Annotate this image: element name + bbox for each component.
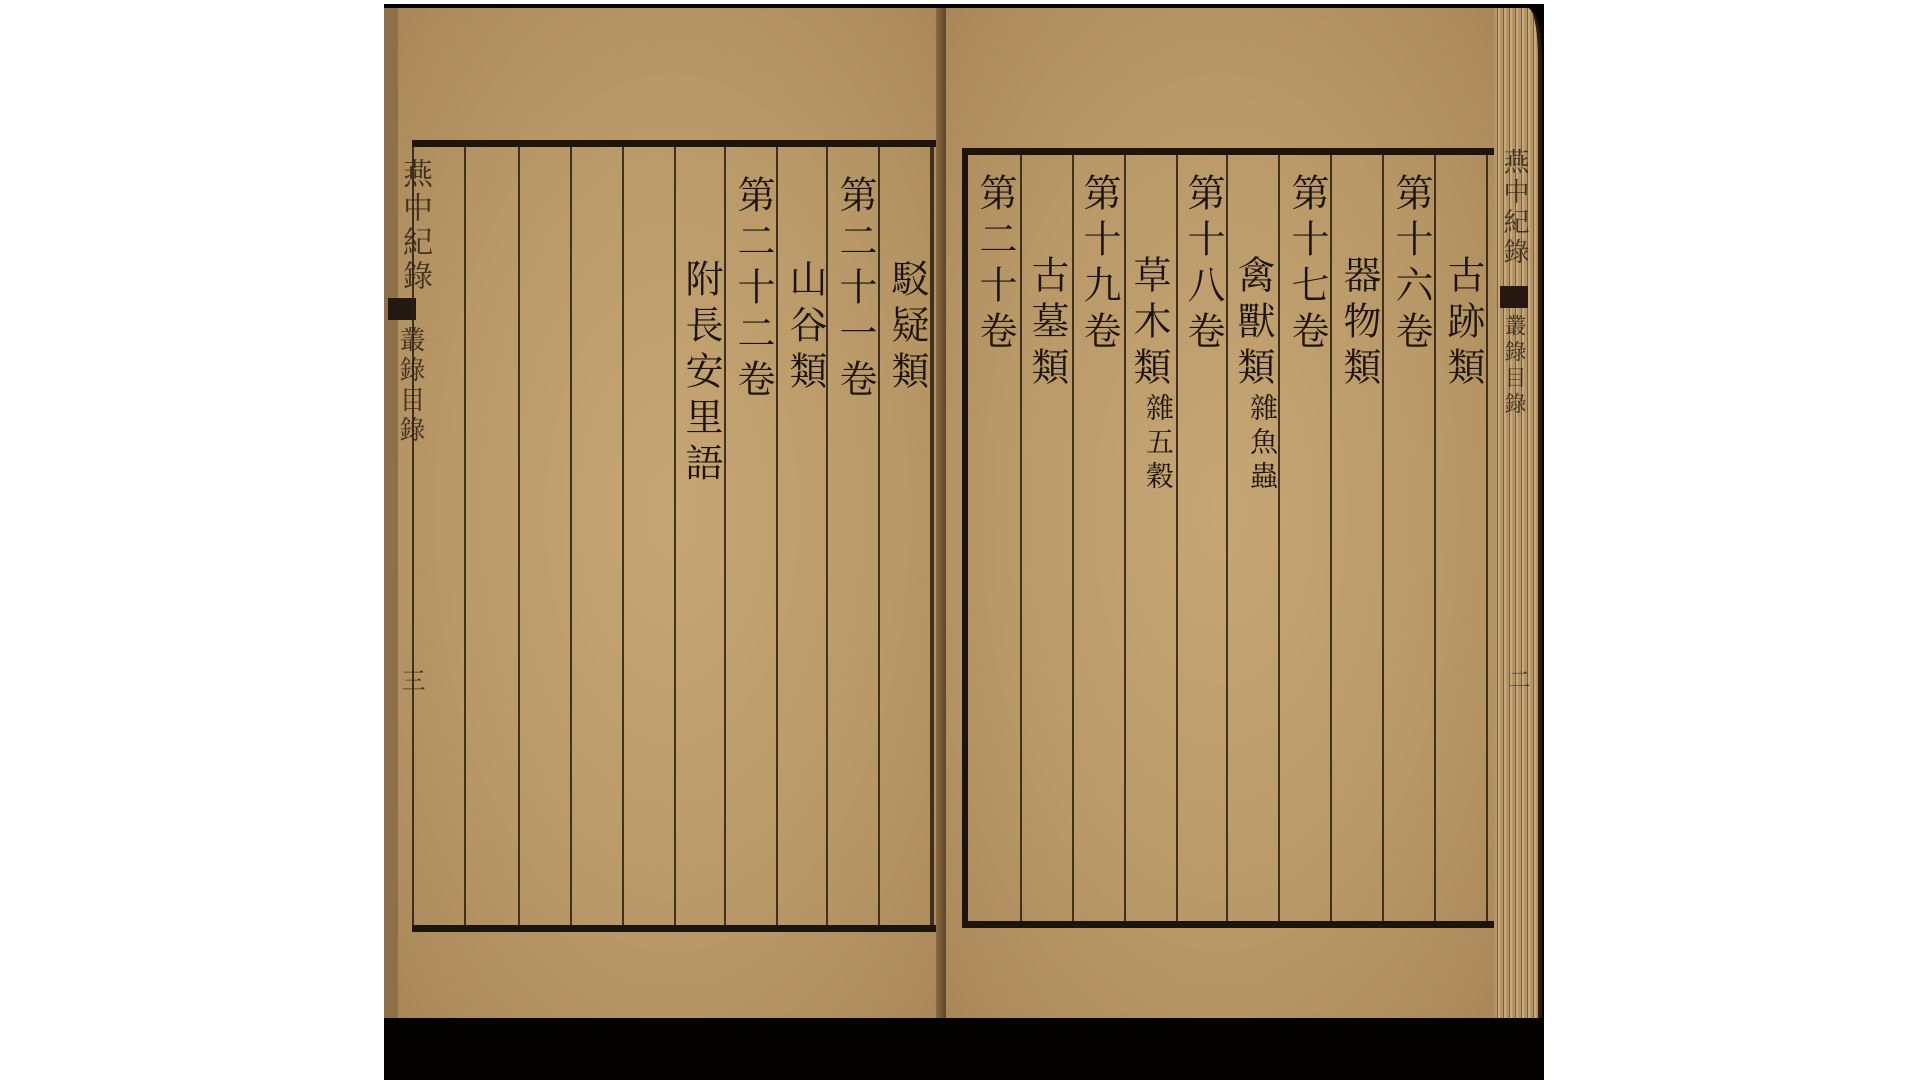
toc-entry-volume: 第二十卷 [976, 173, 1014, 357]
toc-entry-category: 草木類 [1130, 255, 1168, 393]
toc-entry-category: 古墓類 [1028, 255, 1066, 393]
left-page: 燕中紀錄 叢錄目錄 三 駁疑類 第二十一卷 山谷類 第二十二卷 附 [384, 8, 946, 1018]
toc-entry-category: 古跡類 [1444, 255, 1482, 393]
page-edges-stack: 燕中紀錄 叢錄目錄 二 [1494, 8, 1542, 1018]
toc-entry-category: 器物類 [1340, 255, 1378, 393]
right-page-number: 二 [1502, 668, 1533, 694]
right-banxin-section: 叢錄目錄 [1498, 314, 1529, 418]
left-page-frame: 駁疑類 第二十一卷 山谷類 第二十二卷 附長安里語 [412, 140, 950, 932]
fishtail-mark [1500, 286, 1528, 308]
toc-entry-with-note: 草木類 雜五穀 [1130, 255, 1172, 495]
scanned-book-image: 燕中紀錄 叢錄目錄 三 駁疑類 第二十一卷 山谷類 第二十二卷 附 [384, 4, 1544, 1080]
toc-entry-appendix: 附長安里語 [682, 259, 720, 489]
toc-entry-volume: 第二十一卷 [836, 175, 874, 405]
right-page-frame: 古跡類 第十六卷 器物類 第十七卷 禽獸類 雜魚蟲 第十八卷 草木類 雜五穀 第… [962, 148, 1508, 928]
toc-entry-note: 雜五穀 [1144, 393, 1172, 495]
toc-entry-volume: 第十七卷 [1288, 173, 1326, 357]
book-spread: 燕中紀錄 叢錄目錄 三 駁疑類 第二十一卷 山谷類 第二十二卷 附 [384, 8, 1544, 1018]
toc-entry-category: 禽獸類 [1234, 255, 1272, 393]
toc-entry-note: 雜魚蟲 [1248, 393, 1276, 495]
toc-entry-with-note: 禽獸類 雜魚蟲 [1234, 255, 1276, 495]
toc-entry-category: 山谷類 [786, 259, 824, 397]
right-banxin-title: 燕中紀錄 [1496, 148, 1533, 268]
right-page: 古跡類 第十六卷 器物類 第十七卷 禽獸類 雜魚蟲 第十八卷 草木類 雜五穀 第… [946, 8, 1494, 1018]
toc-entry-volume: 第十六卷 [1392, 173, 1430, 357]
toc-entry-category: 駁疑類 [888, 259, 926, 397]
toc-entry-volume: 第十九卷 [1080, 173, 1118, 357]
toc-entry-volume: 第十八卷 [1184, 173, 1222, 357]
toc-entry-volume: 第二十二卷 [734, 175, 772, 405]
